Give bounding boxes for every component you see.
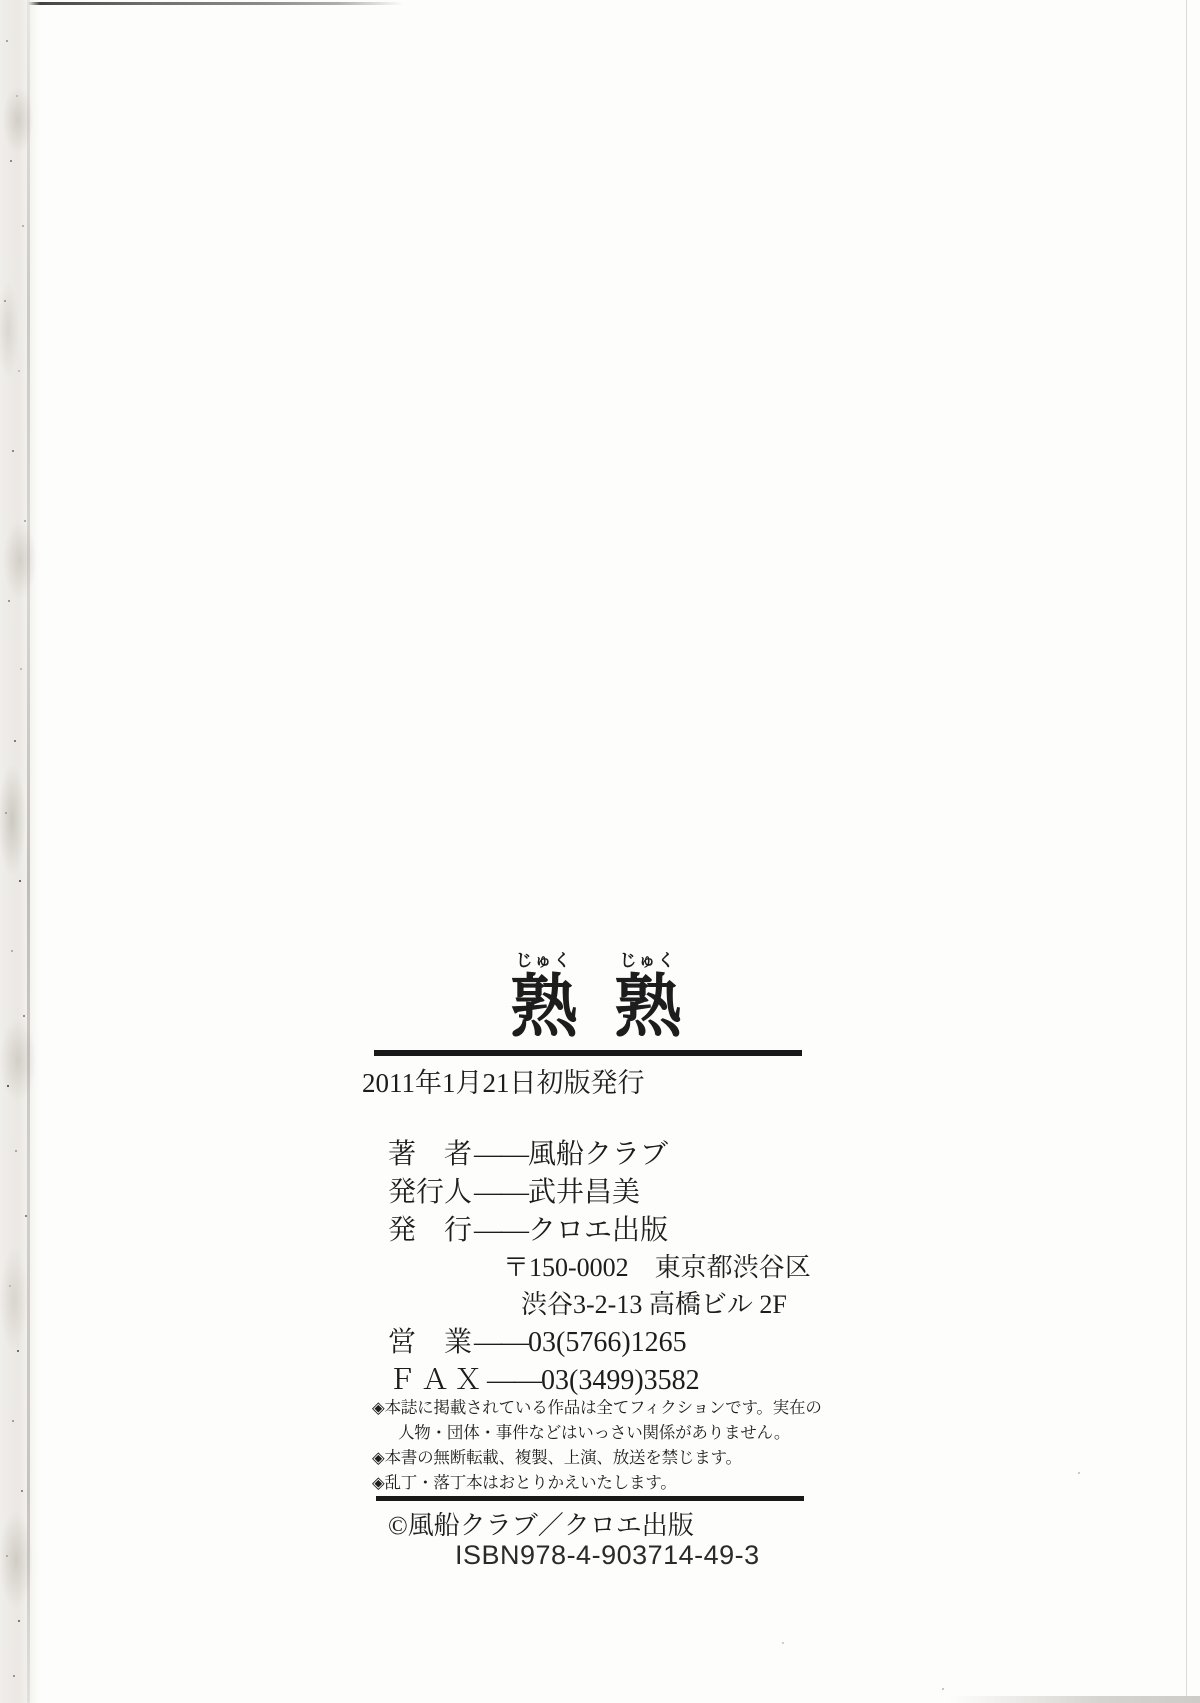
- credit-label: 営 業: [388, 1320, 474, 1360]
- title-furigana-2: じゅく: [620, 952, 677, 969]
- credit-value: 武井昌美: [528, 1177, 640, 1208]
- isbn-text: ISBN978-4-903714-49-3: [455, 1540, 760, 1571]
- credit-value: 03(5766)1265: [528, 1327, 687, 1358]
- credit-label: 発 行: [388, 1208, 474, 1248]
- publisher-address-line-2: 渋谷3-2-13 高橋ビル 2F: [521, 1284, 787, 1321]
- credit-row-fax: ＦＡＸ――03(3499)3582: [388, 1358, 700, 1398]
- credit-label: 著 者: [388, 1132, 474, 1172]
- credit-label: ＦＡＸ: [388, 1358, 487, 1398]
- scan-bottom-streak: [950, 1696, 1200, 1703]
- publisher-address-line-1: 〒150-0002 東京都渋谷区: [503, 1247, 811, 1284]
- credit-dash: ――: [487, 1365, 541, 1396]
- footer-divider-rule: [376, 1496, 804, 1501]
- credit-dash: ――: [474, 1139, 528, 1170]
- credit-row-author: 著 者――風船クラブ: [388, 1132, 668, 1172]
- notice-no-reproduction: ◈本書の無断転載、複製、上演、放送を禁じます。: [372, 1444, 742, 1468]
- scan-top-edge-line: [0, 2, 650, 5]
- credit-value: クロエ出版: [528, 1215, 668, 1246]
- title-char-2: じゅく 熟: [609, 952, 687, 1041]
- colophon-page: じゅく 熟 じゅく 熟 2011年1月21日初版発行 著 者――風船クラブ 発行…: [0, 0, 1200, 1703]
- credit-label: 発行人: [388, 1170, 474, 1210]
- credit-dash: ――: [474, 1215, 528, 1246]
- page-title: じゅく 熟 じゅく 熟: [505, 952, 687, 1041]
- edition-date: 2011年1月21日初版発行: [362, 1061, 645, 1100]
- credit-row-publisher-person: 発行人――武井昌美: [388, 1170, 640, 1210]
- credit-row-sales-phone: 営 業――03(5766)1265: [388, 1320, 687, 1360]
- scan-left-edge-texture: [0, 0, 40, 1703]
- credit-dash: ――: [474, 1177, 528, 1208]
- copyright-line: ©風船クラブ／クロエ出版: [388, 1505, 694, 1542]
- title-kanji-2: 熟: [614, 973, 682, 1041]
- credit-dash: ――: [474, 1327, 528, 1358]
- title-furigana-1: じゅく: [516, 952, 573, 969]
- credit-row-publisher: 発 行――クロエ出版: [388, 1208, 668, 1248]
- scan-speckles: [0, 0, 2, 2]
- credit-value: 03(3499)3582: [541, 1365, 700, 1396]
- scan-left-edge-boundary: [27, 0, 30, 1703]
- notice-fiction-disclaimer-line-2: 人物・団体・事件などはいっさい関係がありません。: [398, 1419, 790, 1443]
- scan-right-edge-line: [1186, 0, 1187, 1703]
- credit-value: 風船クラブ: [528, 1139, 668, 1170]
- title-divider-rule: [374, 1050, 802, 1056]
- notice-defective-copy-exchange: ◈乱丁・落丁本はおとりかえいたします。: [372, 1469, 677, 1493]
- notice-fiction-disclaimer-line-1: ◈本誌に掲載されている作品は全てフィクションです。実在の: [372, 1394, 822, 1418]
- title-char-1: じゅく 熟: [505, 952, 583, 1041]
- title-kanji-1: 熟: [510, 973, 578, 1041]
